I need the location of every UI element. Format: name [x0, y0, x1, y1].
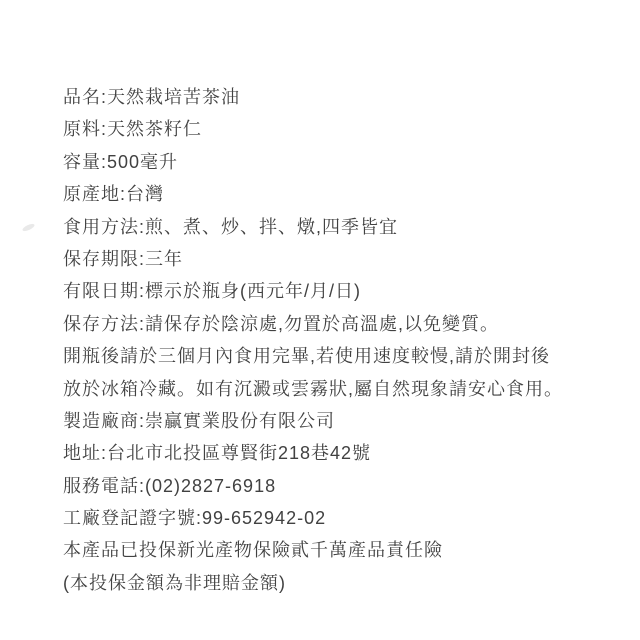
manufacturer-line: 製造廠商:崇贏實業股份有限公司: [63, 405, 618, 437]
storage-method-line: 保存方法:請保存於陰涼處,勿置於高溫處,以免變質。: [63, 308, 618, 340]
insurance-line: 本產品已投保新光產物保險貳千萬產品責任險: [63, 534, 618, 566]
usage-method-line: 食用方法:煎、煮、炒、拌、燉,四季皆宜: [63, 211, 618, 243]
shelf-life-line: 保存期限:三年: [63, 243, 618, 275]
product-label-text: 品名:天然栽培苦茶油 原料:天然茶籽仁 容量:500毫升 原產地:台灣 食用方法…: [63, 81, 618, 599]
origin-line: 原產地:台灣: [63, 178, 618, 210]
address-line: 地址:台北市北投區尊賢街218巷42號: [63, 437, 618, 469]
storage-note-line-1: 開瓶後請於三個月內食用完畢,若使用速度較慢,請於開封後: [63, 340, 618, 372]
expiry-date-line: 有限日期:標示於瓶身(西元年/月/日): [63, 275, 618, 307]
storage-note-line-2: 放於冰箱冷藏。如有沉澱或雲霧狀,屬自然現象請安心食用。: [63, 373, 618, 405]
service-phone-line: 服務電話:(02)2827-6918: [63, 470, 618, 502]
scan-smudge-artifact: [22, 222, 36, 232]
capacity-line: 容量:500毫升: [63, 146, 618, 178]
ingredients-line: 原料:天然茶籽仁: [63, 113, 618, 145]
product-name-line: 品名:天然栽培苦茶油: [63, 81, 618, 113]
insurance-note-line: (本投保金額為非理賠金額): [63, 567, 618, 599]
factory-registration-line: 工廠登記證字號:99-652942-02: [63, 502, 618, 534]
